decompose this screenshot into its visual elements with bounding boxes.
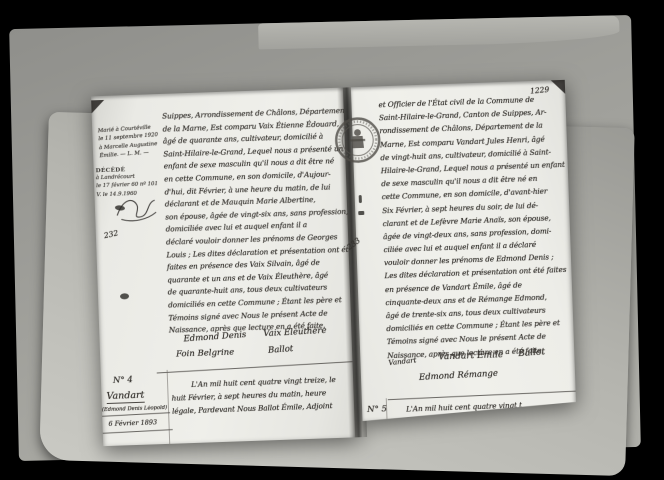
register-spread: Marié à Courtévillele 11 septembre 1920à… — [91, 80, 577, 446]
margin-underline — [103, 429, 173, 434]
act-text-left: Suippes, Arrondissement de Châlons, Dépa… — [162, 105, 349, 337]
page-corner-fold-icon — [91, 100, 104, 113]
ink-smudge — [120, 293, 129, 299]
margin-underline — [102, 412, 170, 417]
entry-margin-date: 6 Février 1893 — [108, 418, 157, 428]
margin-note-marriage: Marié à Courtévillele 11 septembre 1920à… — [98, 123, 164, 161]
next-entry-text-right: L'An mil huit cent quatre vingt t — [406, 399, 576, 414]
folio-number-left: 232 — [103, 228, 119, 240]
signature: Vandart Émile — [438, 350, 503, 362]
register-page-left: Marié à Courtévillele 11 septembre 1920à… — [91, 88, 355, 447]
official-stamp-icon — [332, 114, 384, 166]
register-page-right: 1229 et Officier de l'État civil de la C… — [351, 80, 577, 421]
ink-mark — [358, 211, 364, 215]
entry-number-label: N° 5 — [367, 404, 387, 415]
entry-separator-line — [157, 361, 353, 373]
signature: Vandart — [388, 356, 417, 367]
signature: Foin Belgrine — [176, 348, 234, 360]
ink-mark — [359, 195, 362, 203]
signature: Ballot — [268, 344, 294, 356]
signature: Vaix Eleuthère — [263, 326, 327, 339]
entry-margin-name: Vandart — [106, 390, 144, 404]
act-text-right: et Officier de l'État civil de la Commun… — [378, 92, 569, 362]
signature: Ballot — [518, 347, 545, 359]
archive-scan-viewport: Marié à Courtévillele 11 septembre 1920à… — [0, 0, 664, 480]
next-entry-text-left: L'An mil huit cent quatre vingt treize, … — [171, 372, 354, 417]
signature: Edmond Rémange — [419, 369, 498, 383]
entry-number-label: N° 4 — [113, 375, 133, 386]
